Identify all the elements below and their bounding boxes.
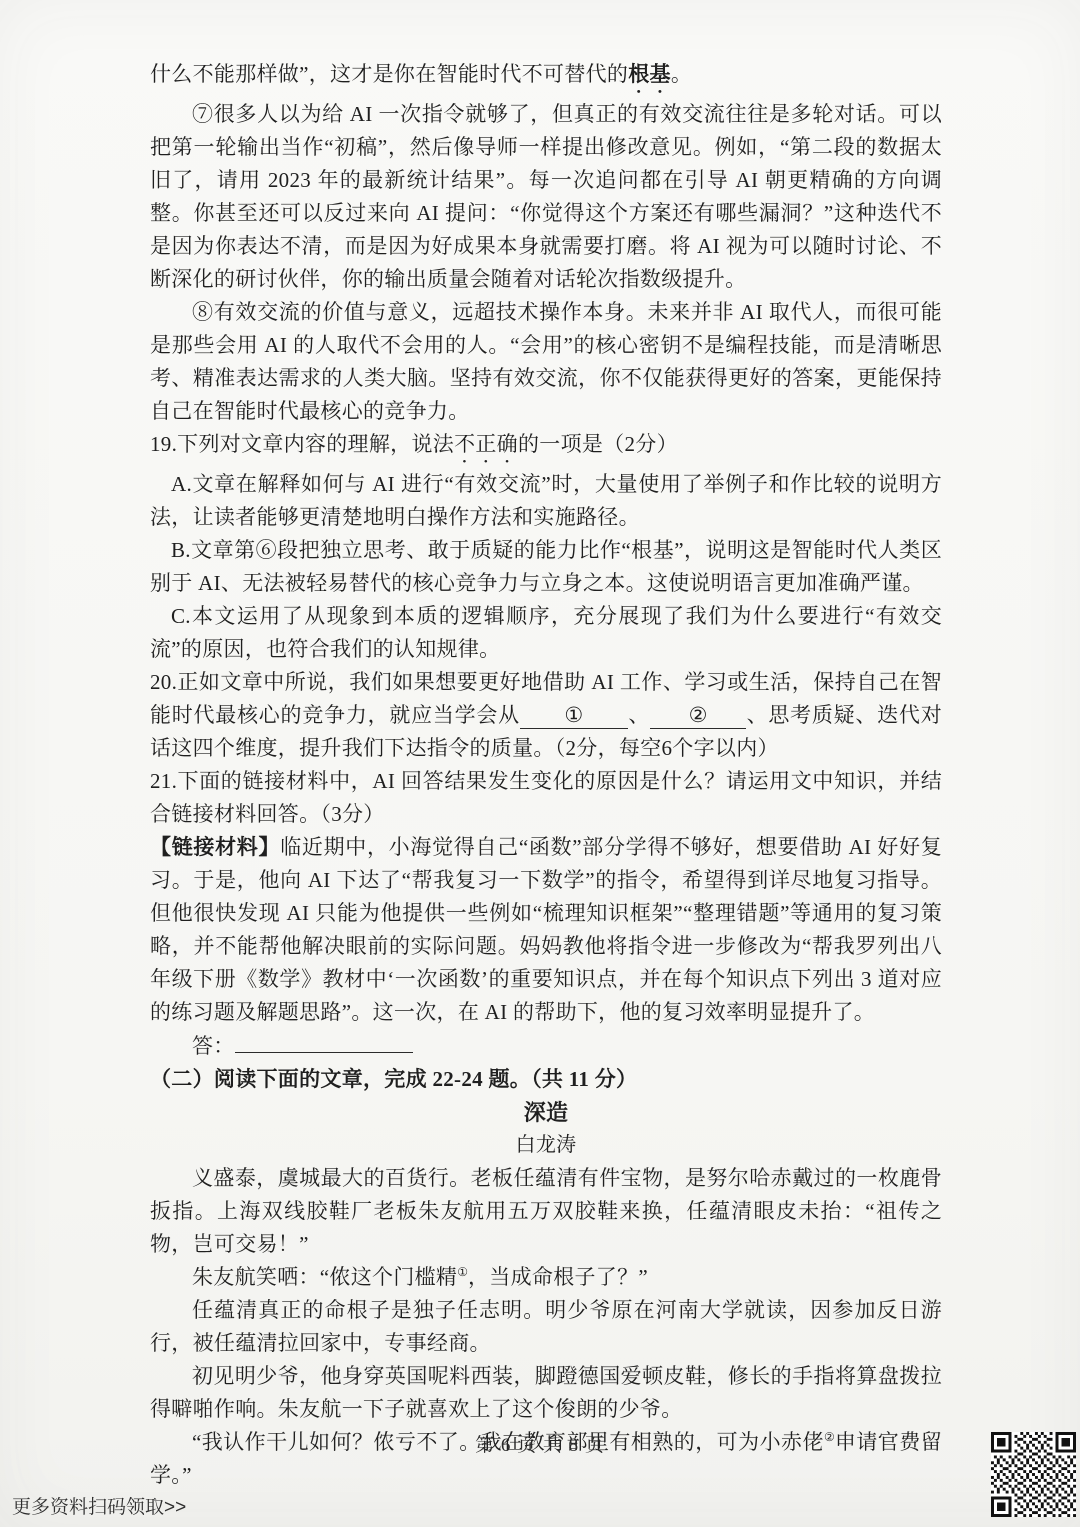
section-2-heading: （二）阅读下面的文章，完成 22-24 题。（共 11 分） [150,1063,942,1096]
question-19-stem-end: 的一项是（2分） [518,432,678,456]
fill-blank-1-number: ① [564,703,583,727]
story-paragraph-4: 初见明少爷，他身穿英国呢料西装，脚蹬德国爱顿皮鞋，修长的手指将算盘拨拉得噼啪作响… [150,1360,942,1426]
link-material: 【链接材料】临近期中，小海觉得自己“函数”部分学得不够好，想要借助 AI 好好复… [150,831,942,1029]
paragraph-continuation: 什么不能那样做”，这才是你在智能时代不可替代的根基。 [150,58,942,98]
story-author: 白龙涛 [150,1129,942,1162]
fill-blank-2-number: ② [689,703,708,727]
paragraph-continuation-end: 。 [671,62,692,86]
question-19: 19.下列对文章内容的理解，说法不正确的一项是（2分） [150,428,942,468]
fill-blank-1: ① [520,702,628,729]
page-content: 什么不能那样做”，这才是你在智能时代不可替代的根基。 ⑦很多人以为给 AI 一次… [150,58,942,1492]
story-paragraph-1: 义盛泰，虞城最大的百货行。老板任蕴清有件宝物，是努尔哈赤戴过的一枚鹿骨扳指。上海… [150,1162,942,1261]
story-paragraph-3: 任蕴清真正的命根子是独子任志明。明少爷原在河南大学就读，因参加反日游行，被任蕴清… [150,1294,942,1360]
qr-code-icon [991,1431,1076,1518]
question-20-separator: 、 [628,703,650,727]
question-19-emphasized: 不正确 [454,432,518,456]
question-19-option-b: B.文章第⑥段把独立思考、敢于质疑的能力比作“根基”，说明这是智能时代人类区别于… [150,534,942,600]
paragraph-8: ⑧有效交流的价值与意义，远超技术操作本身。未来并非 AI 取代人，而很可能是那些… [150,296,942,428]
link-material-text: 临近期中，小海觉得自己“函数”部分学得不够好，想要借助 AI 好好复习。于是，他… [150,835,942,1024]
story-paragraph-2: 朱友航笑哂：“侬这个门槛精①，当成命根子了？” [150,1261,942,1294]
paragraph-continuation-text: 什么不能那样做”，这才是你在智能时代不可替代的 [150,62,628,86]
answer-label: 答： [192,1034,235,1058]
answer-blank-line [235,1029,413,1053]
promo-watermark: 更多资料扫码领取>> [12,1492,186,1519]
question-21: 21.下面的链接材料中，AI 回答结果发生变化的原因是什么？请运用文中知识，并结… [150,765,942,831]
question-19-option-a: A.文章在解释如何与 AI 进行“有效交流”时，大量使用了举例子和作比较的说明方… [150,468,942,534]
link-material-label: 【链接材料】 [150,835,280,859]
question-20: 20.正如文章中所说，我们如果想要更好地借助 AI 工作、学习或生活，保持自己在… [150,666,942,765]
answer-line: 答： [150,1029,942,1063]
paragraph-7: ⑦很多人以为给 AI 一次指令就够了，但真正的有效交流往往是多轮对话。可以把第一… [150,98,942,296]
story-paragraph-2-end: ，当成命根子了？” [468,1265,648,1289]
emphasized-term: 根基 [628,62,671,86]
page-indicator: 第 6 页 共 8 页 [0,1430,1080,1457]
story-title: 深造 [150,1096,942,1129]
footnote-marker-1: ① [457,1265,468,1279]
story-paragraph-2-text: 朱友航笑哂：“侬这个门槛精 [192,1265,457,1289]
question-19-option-c: C.本文运用了从现象到本质的逻辑顺序，充分展现了我们为什么要进行“有效交流”的原… [150,600,942,666]
exam-page-scan: 什么不能那样做”，这才是你在智能时代不可替代的根基。 ⑦很多人以为给 AI 一次… [0,0,1080,1527]
question-19-stem: 19.下列对文章内容的理解，说法 [150,432,454,456]
fill-blank-2: ② [650,702,746,729]
